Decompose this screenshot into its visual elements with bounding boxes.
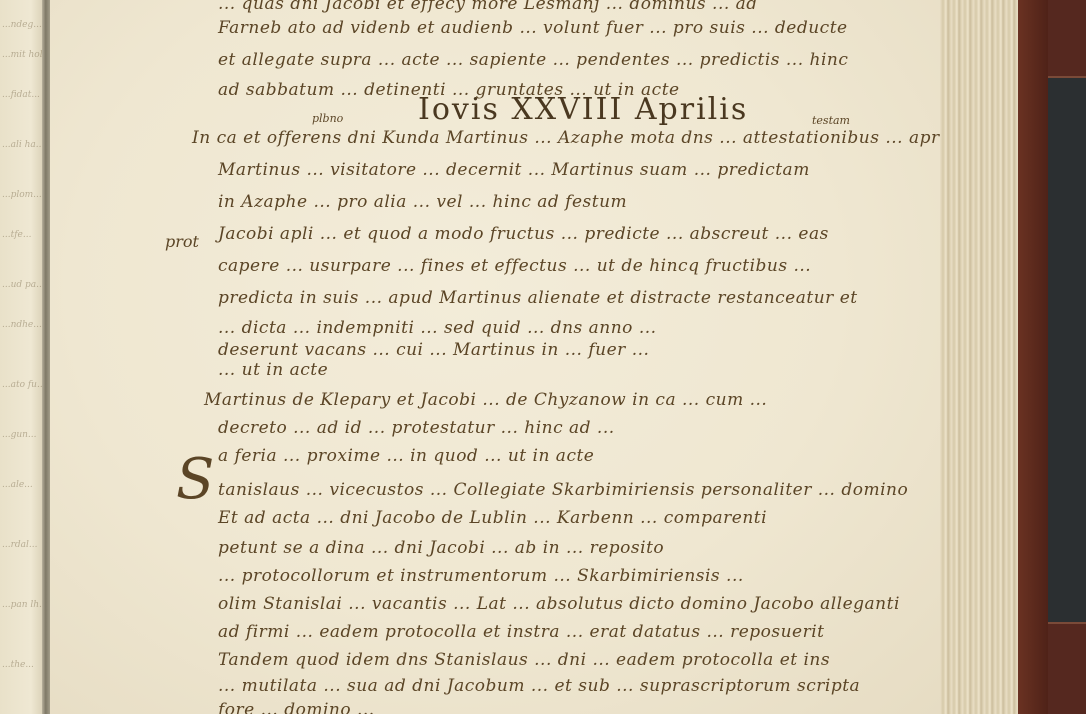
text-line: Martinus de Klepary et Jacobi ... de Chy…: [204, 390, 767, 410]
text-line: ... mutilata ... sua ad dni Jacobum ... …: [218, 676, 860, 696]
cover-board-top: [1048, 0, 1086, 78]
left-ghost-line: ...rdal...: [2, 540, 37, 550]
page-stack-edges: [940, 0, 1018, 714]
text-line: ad firmi ... eadem protocolla et instra …: [218, 622, 825, 642]
text-line: Et ad acta ... dni Jacobo de Lublin ... …: [218, 508, 767, 528]
text-line: capere ... usurpare ... fines et effectu…: [218, 256, 811, 276]
text-line: predicta in suis ... apud Martinus alien…: [218, 288, 858, 308]
left-ghost-line: ...ali ha...: [2, 140, 44, 150]
left-ghost-line: ...ud pa...: [2, 280, 44, 290]
text-line: ... ut in acte: [218, 360, 328, 380]
book-gutter: [42, 0, 50, 714]
text-line: deserunt vacans ... cui ... Martinus in …: [218, 340, 649, 360]
text-line: decreto ... ad id ... protestatur ... hi…: [218, 418, 615, 438]
left-page-fragment: ...ndeg... ...mit hol... ...fidat... ...…: [0, 0, 44, 714]
text-line: In ca et offerens dni Kunda Martinus ...…: [192, 128, 940, 148]
binding-spine-strip: [1018, 0, 1048, 714]
text-line: Jacobi apli ... et quod a modo fructus .…: [218, 224, 829, 244]
decorated-initial: S: [176, 452, 214, 508]
left-ghost-line: ...gun...: [2, 430, 37, 440]
left-ghost-line: ...ndhe...: [2, 320, 42, 330]
interlinear-note: testam: [812, 114, 850, 127]
text-line: petunt se a dina ... dni Jacobi ... ab i…: [218, 538, 664, 558]
left-ghost-line: ...ato fu...: [2, 380, 44, 390]
left-ghost-line: ...ndeg...: [2, 20, 42, 30]
left-ghost-line: ...mit hol...: [2, 50, 44, 60]
text-line: ... dicta ... indempniti ... sed quid ..…: [218, 318, 657, 338]
text-line: ad sabbatum ... detinenti ... gruntates …: [218, 80, 680, 100]
left-ghost-line: ...ale...: [2, 480, 33, 490]
text-line: Tandem quod idem dns Stanislaus ... dni …: [218, 650, 830, 670]
text-line: in Azaphe ... pro alia ... vel ... hinc …: [218, 192, 627, 212]
text-line: ... quas dni Jacobi et effecy more Lesma…: [218, 0, 758, 14]
text-line: olim Stanislai ... vacantis ... Lat ... …: [218, 594, 900, 614]
left-ghost-line: ...fidat...: [2, 90, 40, 100]
dark-cloth-background: [1048, 78, 1086, 622]
text-line: ... protocollorum et instrumentorum ... …: [218, 566, 744, 586]
text-line: Martinus ... visitatore ... decernit ...…: [218, 160, 810, 180]
interlinear-note: plbno: [312, 112, 343, 125]
text-line: fore ... domino ...: [218, 700, 375, 714]
margin-note: prot: [165, 232, 199, 251]
cover-board-bottom: [1048, 622, 1086, 714]
left-ghost-line: ...the...: [2, 660, 34, 670]
text-line: Farneb ato ad videnb et audienb ... volu…: [218, 18, 848, 38]
left-ghost-line: ...plom...: [2, 190, 42, 200]
text-line: a feria ... proxime ... in quod ... ut i…: [218, 446, 594, 466]
text-line: tanislaus ... vicecustos ... Collegiate …: [218, 480, 908, 500]
text-line: et allegate supra ... acte ... sapiente …: [218, 50, 848, 70]
left-ghost-line: ...pan lh...: [2, 600, 44, 610]
left-ghost-line: ...tfe...: [2, 230, 31, 240]
